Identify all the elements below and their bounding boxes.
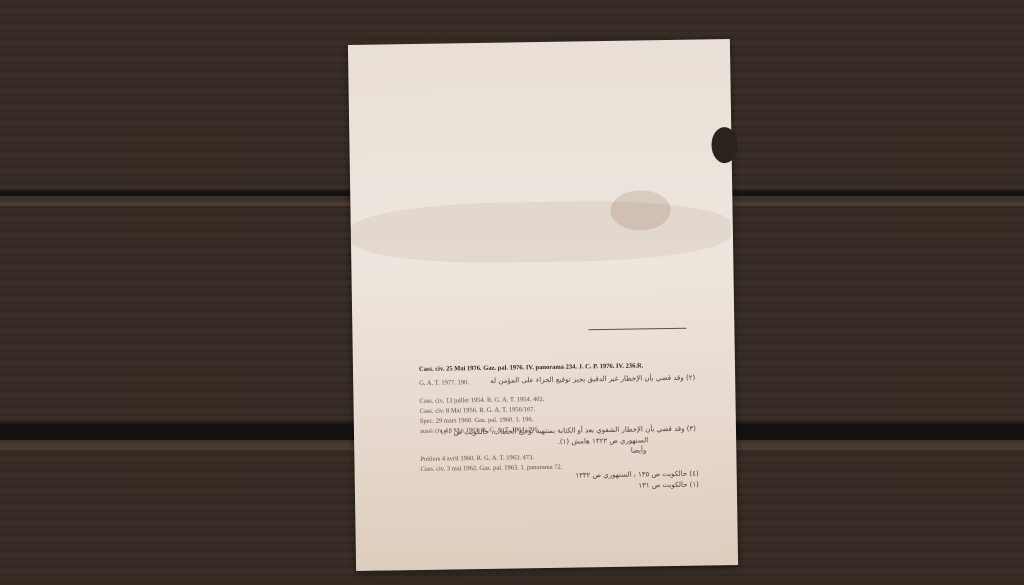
footnote-line: G. A. T. 1977. 190. xyxy=(419,379,469,387)
torn-edge xyxy=(711,127,738,163)
footnote-arabic: (١) حالكويت ص ١٣١ xyxy=(638,481,699,490)
stain xyxy=(350,199,731,265)
footnote-line: Cass. civ. 13 juillet 1954. R. G. A. T. … xyxy=(419,396,544,405)
aged-paper-sheet: Cass. civ. 25 Mai 1976. Gaz. pal. 1976. … xyxy=(348,39,738,571)
footnote-line: Spec. 29 mars 1960. Gaz. pal. 1960. 1. 1… xyxy=(420,416,534,425)
footnote-line: Cass. civ. 8 Mai 1956. R. G. A. T. 1956/… xyxy=(420,406,536,415)
footnote-arabic: (٢) وقد قضي بأن الإخطار غير الدقيق يجيز … xyxy=(490,374,695,385)
footnote-line: Poitiers 4 avril 1960. R. G. A. T. 1963.… xyxy=(420,454,534,463)
footnote-line: Cass. civ. 25 Mai 1976. Gaz. pal. 1976. … xyxy=(419,362,643,373)
footnote-line: Cass. civ. 3 mai 1962. Gaz. pal. 1963. 1… xyxy=(421,464,563,473)
footnote-separator xyxy=(588,328,686,331)
footnote-arabic: (٤) حالكويت ص ١٣٥ ، السنهوري ص ١٣٣٢ xyxy=(575,470,698,480)
footnote-arabic: السنهوري ص ١٣٢٣ هامش (١). xyxy=(558,436,649,445)
footnote-arabic: وأيضا xyxy=(631,446,647,454)
